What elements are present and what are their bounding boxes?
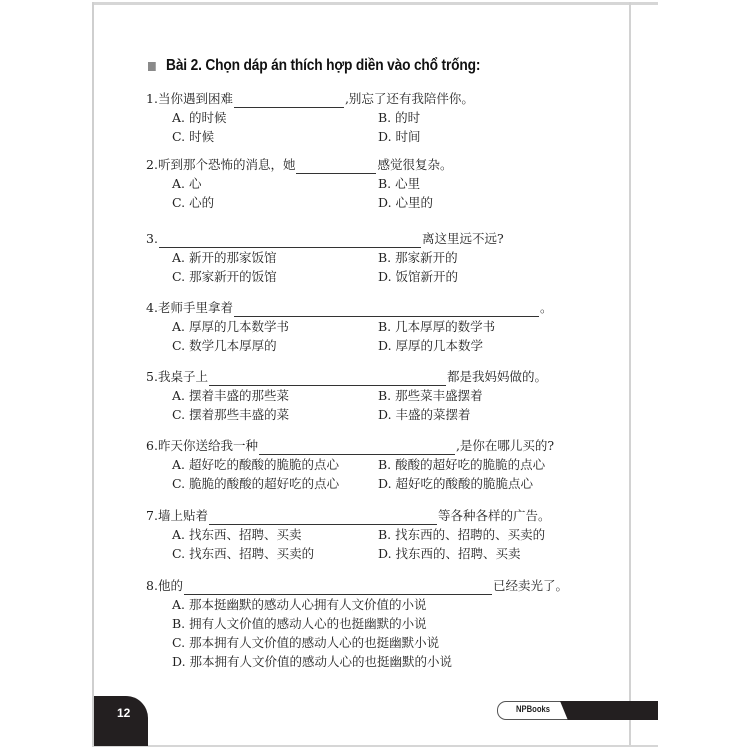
question-number: 2.: [146, 155, 158, 174]
option-a: A. 心: [172, 174, 378, 193]
option-a: A. 找东西、招聘、买卖: [172, 525, 378, 544]
option-a: A. 的时候: [172, 108, 378, 127]
question-stem: 3.离这里远不远?: [146, 229, 578, 248]
question-text-before: 听到那个恐怖的消息，她: [158, 155, 296, 174]
question-text-after: 。: [540, 298, 553, 317]
option-a: A. 那本挺幽默的感动人心拥有人文价值的小说: [172, 595, 592, 614]
option-a: A. 摆着丰盛的那些菜: [172, 386, 378, 405]
options-grid: A. 那本挺幽默的感动人心拥有人文价值的小说B. 拥有人文价值的感动人心的也挺幽…: [172, 595, 592, 671]
option-b: B. 酸酸的超好吃的脆脆的点心: [378, 455, 578, 474]
option-b: B. 拥有人文价值的感动人心的也挺幽默的小说: [172, 614, 592, 633]
options-grid: A. 厚厚的几本数学书B. 几本厚厚的数学书C. 数学几本厚厚的D. 厚厚的几本…: [172, 317, 578, 355]
option-d: D. 饭馆新开的: [378, 267, 578, 286]
exercise-heading-text: Bài 2. Chọn dáp án thích hợp diền vào ch…: [166, 57, 480, 75]
options-grid: A. 找东西、招聘、买卖B. 找东西的、招聘的、买卖的C. 找东西、招聘、买卖的…: [172, 525, 578, 563]
answer-blank: [234, 302, 539, 317]
option-b: B. 找东西的、招聘的、买卖的: [378, 525, 578, 544]
question-text-before: 老师手里拿着: [158, 298, 233, 317]
options-grid: A. 新开的那家饭馆B. 那家新开的C. 那家新开的饭馆D. 饭馆新开的: [172, 248, 578, 286]
question-3: 3.离这里远不远?A. 新开的那家饭馆B. 那家新开的C. 那家新开的饭馆D. …: [146, 229, 578, 286]
question-number: 1.: [146, 89, 158, 108]
answer-blank: [234, 93, 344, 108]
question-stem: 7.墙上贴着等各种各样的广告。: [146, 506, 578, 525]
answer-blank: [296, 159, 376, 174]
options-grid: A. 超好吃的酸酸的脆脆的点心B. 酸酸的超好吃的脆脆的点心C. 脆脆的酸酸的超…: [172, 455, 578, 493]
option-d: D. 时间: [378, 127, 578, 146]
option-c: C. 时候: [172, 127, 378, 146]
page-right-border: [629, 2, 631, 746]
page-bottom-border: [92, 745, 658, 747]
question-text-after: 离这里远不远?: [422, 229, 504, 248]
question-stem: 8.他的已经卖光了。: [146, 576, 592, 595]
question-number: 7.: [146, 506, 158, 525]
brand-label: NPBooks: [516, 704, 550, 714]
option-a: A. 新开的那家饭馆: [172, 248, 378, 267]
option-b: B. 的时: [378, 108, 578, 127]
answer-blank: [159, 233, 421, 248]
option-d: D. 超好吃的酸酸的脆脆点心: [378, 474, 578, 493]
options-grid: A. 心B. 心里C. 心的D. 心里的: [172, 174, 578, 212]
question-number: 6.: [146, 436, 158, 455]
question-4: 4.老师手里拿着。A. 厚厚的几本数学书B. 几本厚厚的数学书C. 数学几本厚厚…: [146, 298, 578, 355]
question-number: 8.: [146, 576, 158, 595]
question-text-after: 等各种各样的广告。: [438, 506, 551, 525]
question-number: 5.: [146, 367, 158, 386]
option-c: C. 数学几本厚厚的: [172, 336, 378, 355]
answer-blank: [209, 371, 446, 386]
option-c: C. 找东西、招聘、买卖的: [172, 544, 378, 563]
question-stem: 2.听到那个恐怖的消息，她感觉很复杂。: [146, 155, 578, 174]
question-text-after: 已经卖光了。: [493, 576, 568, 595]
option-c: C. 摆着那些丰盛的菜: [172, 405, 378, 424]
square-bullet-icon: [148, 62, 156, 71]
option-c: C. 心的: [172, 193, 378, 212]
option-d: D. 厚厚的几本数学: [378, 336, 578, 355]
answer-blank: [209, 510, 437, 525]
question-5: 5.我桌子上都是我妈妈做的。A. 摆着丰盛的那些菜B. 那些菜丰盛摆着C. 摆着…: [146, 367, 578, 424]
question-stem: 5.我桌子上都是我妈妈做的。: [146, 367, 578, 386]
option-c: C. 那本拥有人文价值的感动人心的也挺幽默小说: [172, 633, 592, 652]
question-text-before: 昨天你送给我一种: [158, 436, 258, 455]
question-text-before: 墙上贴着: [158, 506, 208, 525]
question-2: 2.听到那个恐怖的消息，她感觉很复杂。A. 心B. 心里C. 心的D. 心里的: [146, 155, 578, 212]
question-7: 7.墙上贴着等各种各样的广告。A. 找东西、招聘、买卖B. 找东西的、招聘的、买…: [146, 506, 578, 563]
option-a: A. 超好吃的酸酸的脆脆的点心: [172, 455, 378, 474]
question-number: 3.: [146, 229, 158, 248]
option-b: B. 几本厚厚的数学书: [378, 317, 578, 336]
exercise-heading: Bài 2. Chọn dáp án thích hợp diền vào ch…: [148, 57, 480, 75]
option-d: D. 那本拥有人文价值的感动人心的也挺幽默的小说: [172, 652, 592, 671]
page-number-tab: [94, 696, 148, 746]
question-text-before: 他的: [158, 576, 183, 595]
question-stem: 6.昨天你送给我一种,是你在哪儿买的?: [146, 436, 578, 455]
option-c: C. 那家新开的饭馆: [172, 267, 378, 286]
question-6: 6.昨天你送给我一种,是你在哪儿买的?A. 超好吃的酸酸的脆脆的点心B. 酸酸的…: [146, 436, 578, 493]
question-text-after: ,别忘了还有我陪伴你。: [345, 89, 474, 108]
question-stem: 4.老师手里拿着。: [146, 298, 578, 317]
question-text-before: 我桌子上: [158, 367, 208, 386]
question-text-after: 都是我妈妈做的。: [447, 367, 547, 386]
option-d: D. 丰盛的菜摆着: [378, 405, 578, 424]
options-grid: A. 摆着丰盛的那些菜B. 那些菜丰盛摆着C. 摆着那些丰盛的菜D. 丰盛的菜摆…: [172, 386, 578, 424]
option-b: B. 那家新开的: [378, 248, 578, 267]
question-8: 8.他的已经卖光了。A. 那本挺幽默的感动人心拥有人文价值的小说B. 拥有人文价…: [146, 576, 592, 671]
options-grid: A. 的时候B. 的时C. 时候D. 时间: [172, 108, 578, 146]
question-text-after: ,是你在哪儿买的?: [456, 436, 554, 455]
page-top-border: [92, 2, 658, 5]
brand-bar: [560, 701, 658, 720]
question-1: 1.当你遇到困难,别忘了还有我陪伴你。A. 的时候B. 的时C. 时候D. 时间: [146, 89, 578, 146]
page-number: 12: [117, 706, 130, 720]
answer-blank: [184, 580, 492, 595]
option-b: B. 心里: [378, 174, 578, 193]
answer-blank: [259, 440, 455, 455]
option-a: A. 厚厚的几本数学书: [172, 317, 378, 336]
question-stem: 1.当你遇到困难,别忘了还有我陪伴你。: [146, 89, 578, 108]
question-text-before: 当你遇到困难: [158, 89, 233, 108]
question-number: 4.: [146, 298, 158, 317]
option-d: D. 心里的: [378, 193, 578, 212]
option-b: B. 那些菜丰盛摆着: [378, 386, 578, 405]
option-c: C. 脆脆的酸酸的超好吃的点心: [172, 474, 378, 493]
option-d: D. 找东西的、招聘、买卖: [378, 544, 578, 563]
page-left-border: [92, 2, 94, 746]
question-text-after: 感觉很复杂。: [377, 155, 452, 174]
